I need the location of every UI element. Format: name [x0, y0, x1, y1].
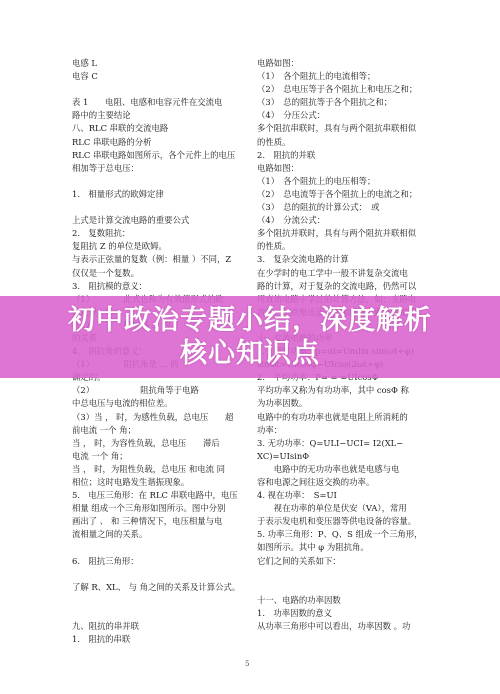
text-line: 与表示正弦量的复数（例：相量 ）不同，Z [72, 253, 262, 266]
text-line: 复阻抗 Z 的单位是欧姆。 [72, 240, 262, 253]
text-line: 的性质。 [257, 240, 447, 253]
text-line: 它们之间的关系如下： [257, 555, 447, 568]
text-line [72, 83, 262, 96]
text-line: 平均功率又称为有功功率，其中 cosΦ 称 [257, 384, 447, 397]
title-banner: 初中政治专题小结，深度解析 核心知识点 [0, 296, 500, 378]
text-line: 了解 R、XL、 与 角之间的关系及计算公式。 [72, 581, 262, 594]
text-line: 电路中的有功功率也就是电阻上所消耗的 [257, 411, 447, 424]
banner-title-line-2: 核心知识点 [180, 337, 320, 370]
text-line: 多个阻抗并联时，具有与两个阻抗并联相似 [257, 227, 447, 240]
text-line [72, 594, 262, 607]
text-line [72, 175, 262, 188]
text-line: 3. 复杂交流电路的计算 [257, 253, 447, 266]
text-line: 容和电源之间往返交换的功率。 [257, 476, 447, 489]
text-line: 于表示发电机和变压器等供电设备的容量。 [257, 515, 447, 528]
text-line: XC)=UIsinΦ [257, 450, 447, 463]
text-line: 如图所示。其中 φ 为阻抗角。 [257, 541, 447, 554]
text-line: 相加等于总电压： [72, 162, 262, 175]
text-line: 路中的主要结论 [72, 109, 262, 122]
text-line: 在少学时的电工学中一般不讲复杂交流电 [257, 267, 447, 280]
text-line: 电路中的无功功率也就是电感与电 [257, 463, 447, 476]
text-line: 画出了 、 和 三种情况下，电压相量与电 [72, 515, 262, 528]
text-line [257, 581, 447, 594]
text-line: 电感 L [72, 57, 262, 70]
text-line: RLC 串联电路的分析 [72, 136, 262, 149]
banner-title-line-1: 初中政治专题小结，深度解析 [68, 304, 432, 337]
text-line: 流相量之间的关系。 [72, 528, 262, 541]
text-line: 3. 无功功率：Q=ULI−UCI= I2(XL− [257, 437, 447, 450]
text-line: （2） 总电压等于各个阻抗上和电压之和； [257, 83, 447, 96]
text-line: 视在功率的单位是伏安（VA），常用 [257, 502, 447, 515]
text-line: 5. 电压三角形：在 RLC 串联电路中，电压 [72, 489, 262, 502]
text-line: 电流 一个 角； [72, 450, 262, 463]
text-line: 5. 功率三角形：P、Q、S 组成一个三角形， [257, 528, 447, 541]
text-line: （2） 阻抗角等于电路 [72, 384, 262, 397]
text-line: 的性质。 [257, 136, 447, 149]
text-line: （3） 总的阻抗的计算公式： 或 [257, 201, 447, 214]
text-line: 前电流 一个 角； [72, 424, 262, 437]
text-line: （4） 分流公式： [257, 214, 447, 227]
text-line: 2. 阻抗的并联 [257, 149, 447, 162]
text-line: 1. 相量形式的欧姆定律 [72, 188, 262, 201]
text-line: 1. 阻抗的串联 [72, 633, 262, 646]
text-line: 多个阻抗串联时，具有与两个阻抗串联相似 [257, 122, 447, 135]
text-line: 2. 复数阻抗： [72, 227, 262, 240]
page-number: 5 [245, 660, 249, 668]
text-line: 6. 阻抗三角形： [72, 555, 262, 568]
text-line: （2） 总电流等于各个阻抗上的电流之和； [257, 188, 447, 201]
text-line: 功率： [257, 424, 447, 437]
text-line [72, 607, 262, 620]
text-line [72, 541, 262, 554]
text-line: 当 ， 时，为容性负载，总电压 滞后 [72, 437, 262, 450]
text-line: 1. 功率因数的意义 [257, 607, 447, 620]
text-line: 电路如图： [257, 57, 447, 70]
text-line: 4. 视在功率： S=UI [257, 489, 447, 502]
text-line: （1） 各个阻抗上的电压相等； [257, 175, 447, 188]
text-line: 3. 阻抗模的意义： [72, 280, 262, 293]
text-line: （3） 总的阻抗等于各个阻抗之和； [257, 96, 447, 109]
text-line: 为功率因数。 [257, 397, 447, 410]
text-line: 十一、电路的功率因数 [257, 594, 447, 607]
text-line: （3）当 ， 时，为感性负载，总电压 超 [72, 411, 262, 424]
text-line: 路的计算，对于复杂的交流电路，仍然可以 [257, 280, 447, 293]
text-line: 当 ， 时，为阻性负载，总电压 和电流 同 [72, 463, 262, 476]
text-line: （1） 各个阻抗上的电流相等； [257, 70, 447, 83]
text-line [72, 201, 262, 214]
text-line: 相位；这时电路发生谐振现象。 [72, 476, 262, 489]
text-line: 八、RLC 串联的交流电路 [72, 122, 262, 135]
text-line: 上式是计算交流电路的重要公式 [72, 214, 262, 227]
text-line: 相量 组成一个三角形如图所示。图中分别 [72, 502, 262, 515]
text-line [257, 568, 447, 581]
text-line: 电容 C [72, 70, 262, 83]
text-line: 中总电压与电流的相位差。 [72, 397, 262, 410]
text-line: 从功率三角形中可以看出，功率因数 。功 [257, 620, 447, 633]
text-line: 九、阻抗的串并联 [72, 620, 262, 633]
text-line: （4） 分压公式： [257, 109, 447, 122]
text-line [72, 568, 262, 581]
text-line: 表 1 电阻、电感和电容元件在交流电 [72, 96, 262, 109]
text-line: 电路如图： [257, 162, 447, 175]
text-line: RLC 串联电路如图所示，各个元件上的电压 [72, 149, 262, 162]
text-line: 仅仅是一个复数。 [72, 267, 262, 280]
